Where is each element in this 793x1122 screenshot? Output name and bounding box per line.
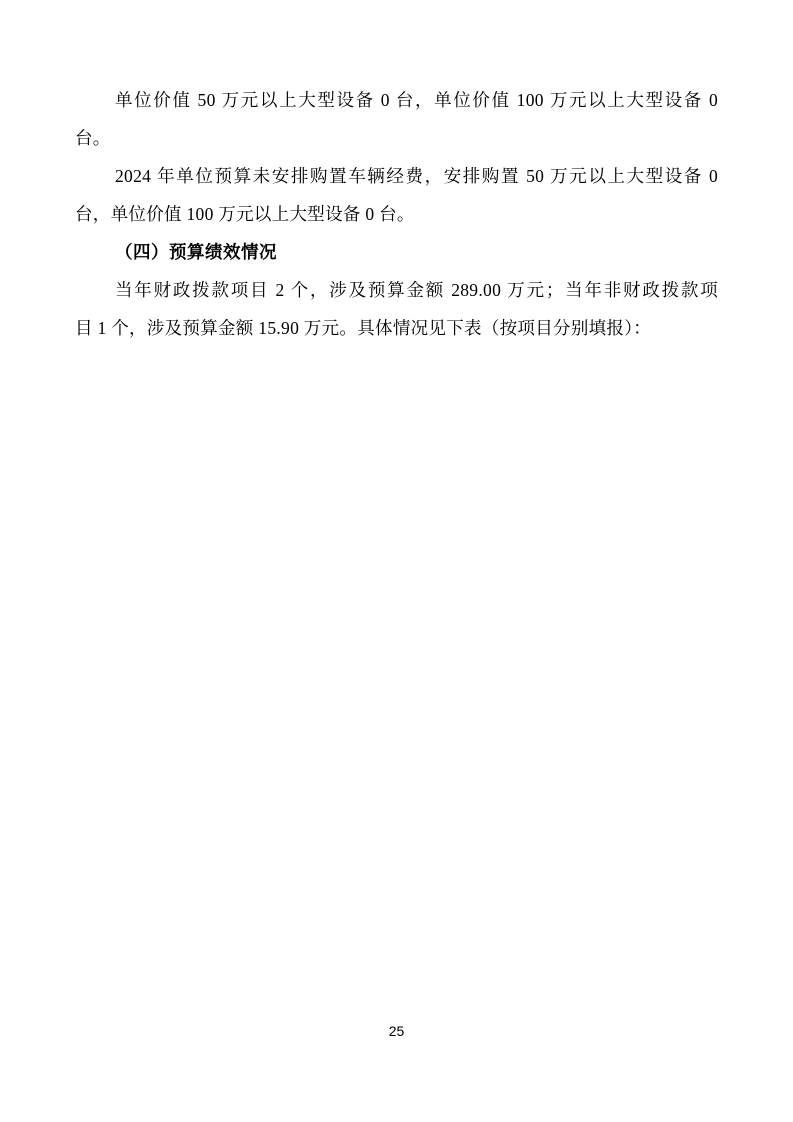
body-line: 台，单位价值 100 万元以上大型设备 0 台。	[0, 195, 793, 233]
body-line: 单位价值 50 万元以上大型设备 0 台，单位价值 100 万元以上大型设备 0	[0, 81, 793, 119]
document-page: 单位价值 50 万元以上大型设备 0 台，单位价值 100 万元以上大型设备 0…	[0, 0, 793, 1122]
body-line: 当年财政拨款项目 2 个，涉及预算金额 289.00 万元；当年非财政拨款项	[0, 271, 793, 309]
body-line: 台。	[0, 119, 793, 157]
body-line: 2024 年单位预算未安排购置车辆经费，安排购置 50 万元以上大型设备 0	[0, 157, 793, 195]
body-line: 目 1 个，涉及预算金额 15.90 万元。具体情况见下表（按项目分别填报）：	[0, 309, 793, 347]
page-number: 25	[0, 1023, 793, 1039]
section-heading: （四）预算绩效情况	[0, 233, 793, 271]
document-body: 单位价值 50 万元以上大型设备 0 台，单位价值 100 万元以上大型设备 0…	[0, 81, 793, 347]
